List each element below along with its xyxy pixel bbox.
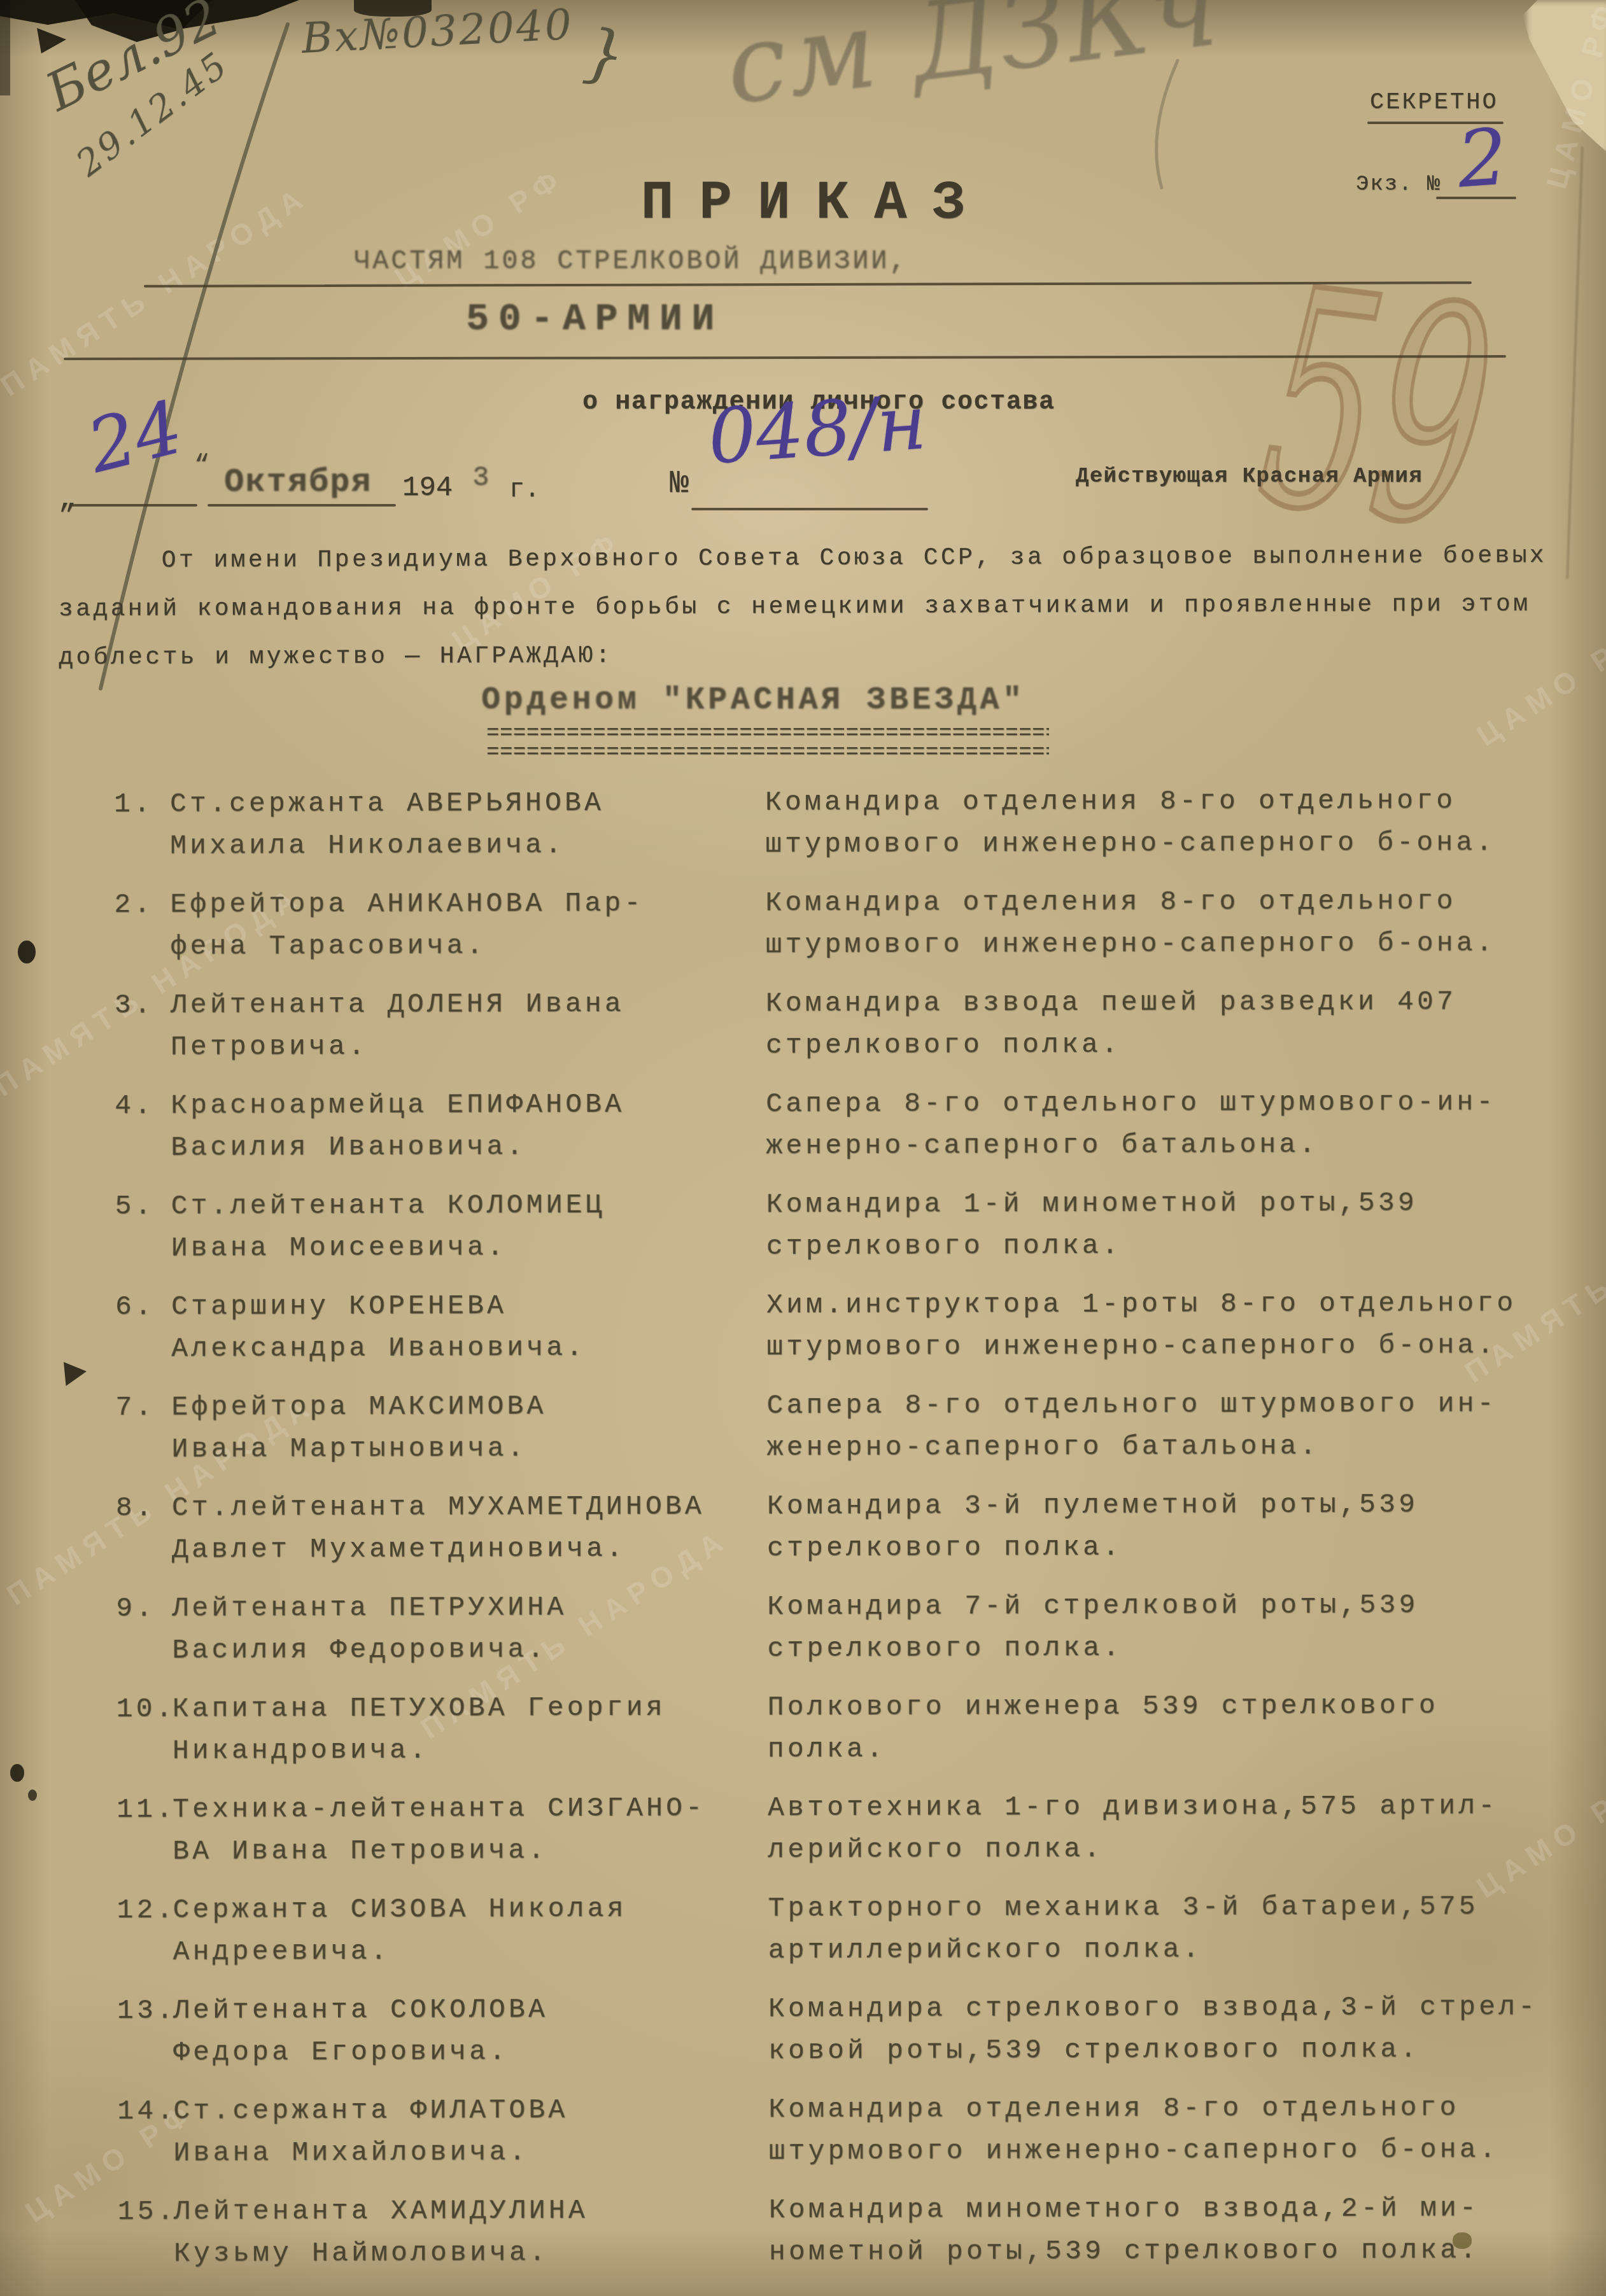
recipient-name: Ст.лейтенанта МУХАМЕТДИНОВА Давлет Мухам… bbox=[172, 1485, 767, 1571]
recipient-position-line1: Командира минометного взвода,2-й ми- bbox=[769, 2187, 1550, 2231]
ink-blot bbox=[64, 1359, 87, 1386]
recipient-number: 7. bbox=[115, 1387, 171, 1471]
handwritten-order-number: 048/н bbox=[705, 378, 929, 481]
ink-speck bbox=[10, 1764, 24, 1782]
recipient-position-line1: Командира взвода пешей разведки 407 bbox=[766, 981, 1547, 1025]
recipient-name-line1: Лейтенанта СОКОЛОВА bbox=[173, 1988, 768, 2031]
date-year-suffix: г. bbox=[509, 476, 540, 505]
date-year: 194 bbox=[402, 472, 453, 504]
recipient-position-line1: Сапера 8-го отдельного штурмового ин- bbox=[766, 1383, 1547, 1427]
recipient-name-line2: Кузьму Наймоловича. bbox=[174, 2231, 769, 2274]
award-list-row: 1. Ст.сержанта АВЕРЬЯНОВА Михаила Никола… bbox=[114, 780, 1546, 867]
recipient-name: Ст.сержанта АВЕРЬЯНОВА Михаила Николаеви… bbox=[170, 781, 765, 867]
award-list-row: 7. Ефрейтора МАКСИМОВА Ивана Мартыновича… bbox=[115, 1383, 1547, 1471]
order-number-label: № bbox=[670, 466, 689, 502]
award-list-row: 2. Ефрейтора АНИКАНОВА Пар- фена Тарасов… bbox=[114, 880, 1546, 968]
preamble: От имени Президиума Верховного Совета Со… bbox=[59, 532, 1561, 682]
recipient-name: Ст.лейтенанта КОЛОМИЕЦ Ивана Моисеевича. bbox=[171, 1184, 766, 1269]
recipient-position-line2: стрелкового полка. bbox=[766, 1023, 1547, 1067]
recipient-name-line1: Сержанта СИЗОВА Николая bbox=[173, 1887, 768, 1931]
recipient-name-line1: Ст.сержанта ФИЛАТОВА bbox=[173, 2089, 768, 2132]
recipient-name: Ефрейтора МАКСИМОВА Ивана Мартыновича. bbox=[171, 1385, 766, 1470]
recipient-position: Тракторного механика 3-й батареи,575 арт… bbox=[768, 1886, 1549, 1971]
recipient-name-line1: Красноармейца ЕПИФАНОВА bbox=[171, 1083, 766, 1126]
handwritten-brace: } bbox=[579, 14, 630, 94]
recipient-position: Командира взвода пешей разведки 407 стре… bbox=[766, 981, 1547, 1067]
recipient-name-line1: Ст.лейтенанта КОЛОМИЕЦ bbox=[171, 1184, 766, 1227]
award-recipients-list: 1. Ст.сержанта АВЕРЬЯНОВА Михаила Никола… bbox=[114, 780, 1550, 2292]
preamble-line: доблесть и мужество — НАГРАЖДАЮ: bbox=[59, 629, 1561, 682]
torn-edge-left bbox=[0, 0, 10, 95]
recipient-number: 12. bbox=[116, 1889, 173, 1973]
award-list-row: 13. Лейтенанта СОКОЛОВА Федора Егоровича… bbox=[117, 1986, 1549, 2074]
recipient-name-line2: Ивана Мартыновича. bbox=[172, 1427, 767, 1470]
recipient-name-line2: Василия Федоровича. bbox=[172, 1628, 767, 1671]
recipient-position-line2: штурмового инженерно-саперного б-она. bbox=[766, 1324, 1547, 1368]
recipient-position-line2: женерно-саперного батальона. bbox=[767, 1425, 1548, 1469]
recipient-name-line1: Старшину КОРЕНЕВА bbox=[171, 1284, 766, 1327]
recipient-name: Ефрейтора АНИКАНОВА Пар- фена Тарасовича… bbox=[170, 882, 765, 967]
handwritten-day: 24 bbox=[80, 385, 190, 490]
award-list-row: 14. Ст.сержанта ФИЛАТОВА Ивана Михайлови… bbox=[117, 2087, 1549, 2174]
underline-row: ========================================… bbox=[486, 743, 1049, 762]
recipient-position-line2: лерийского полка. bbox=[768, 1827, 1549, 1871]
recipient-number: 15. bbox=[118, 2191, 174, 2275]
date-open-quote: „ bbox=[59, 482, 76, 515]
recipient-name-line2: Давлет Мухаметдиновича. bbox=[172, 1527, 767, 1571]
recipient-name-line1: Ефрейтора АНИКАНОВА Пар- bbox=[170, 882, 765, 925]
recipient-position-line1: Автотехника 1-го дивизиона,575 артил- bbox=[768, 1785, 1549, 1829]
recipient-position-line1: Командира отделения 8-го отдельного bbox=[765, 780, 1546, 823]
recipient-position-line1: Сапера 8-го отдельного штурмового-ин- bbox=[766, 1081, 1547, 1125]
recipient-name-line1: Капитана ПЕТУХОВА Георгия bbox=[173, 1686, 768, 1730]
recipient-position: Полкового инженера 539 стрелкового полка… bbox=[768, 1684, 1549, 1770]
recipient-number: 11. bbox=[116, 1789, 173, 1873]
paper-hole bbox=[18, 941, 36, 963]
scanned-document-page: ЦАМО РФ ПАМЯТЬ НАРОДА ЦАМО РФ ПАМЯТЬ НАР… bbox=[0, 0, 1606, 2296]
divider-line bbox=[144, 281, 1472, 287]
award-list-row: 11. Техника-лейтенанта СИЗГАНО- ВА Ивана… bbox=[116, 1785, 1549, 1873]
recipient-name: Капитана ПЕТУХОВА Георгия Никандровича. bbox=[173, 1686, 768, 1772]
recipient-name: Сержанта СИЗОВА Николая Андреевича. bbox=[173, 1887, 768, 1973]
recipient-position: Командира стрелкового взвода,3-й стрел- … bbox=[768, 1986, 1549, 2072]
recipient-name-line2: Василия Ивановича. bbox=[171, 1125, 766, 1168]
recipient-name-line2: Петровича. bbox=[171, 1025, 766, 1068]
recipient-position-line2: женерно-саперного батальона. bbox=[766, 1123, 1547, 1167]
recipient-position-line2: полка. bbox=[768, 1726, 1549, 1770]
recipient-number: 13. bbox=[117, 1990, 173, 2074]
date-underline bbox=[71, 504, 197, 507]
recipient-position-line2: штурмового инженерно-саперного б-она. bbox=[765, 822, 1546, 865]
recipient-position: Хим.инструктора 1-роты 8-го отдельного ш… bbox=[766, 1282, 1547, 1368]
recipient-position-line2: стрелкового полка. bbox=[767, 1626, 1548, 1670]
award-list-row: 6. Старшину КОРЕНЕВА Александра Иванович… bbox=[115, 1282, 1547, 1370]
recipient-position: Сапера 8-го отдельного штурмового ин- же… bbox=[766, 1383, 1547, 1469]
recipient-position-line1: Хим.инструктора 1-роты 8-го отдельного bbox=[766, 1282, 1547, 1326]
recipient-name-line2: Ивана Моисеевича. bbox=[171, 1226, 766, 1269]
recipient-name-line2: Никандровича. bbox=[173, 1728, 768, 1772]
recipient-position-line2: стрелкового полка. bbox=[766, 1224, 1547, 1268]
date-underline bbox=[208, 504, 396, 507]
recipient-name-line1: Лейтенанта ДОЛЕНЯ Ивана bbox=[171, 983, 766, 1026]
recipient-position: Сапера 8-го отдельного штурмового-ин- же… bbox=[766, 1081, 1547, 1167]
recipient-position: Командира 1-й минометной роты,539 стрелк… bbox=[766, 1182, 1547, 1268]
recipient-position-line1: Командира стрелкового взвода,3-й стрел- bbox=[768, 1986, 1549, 2030]
recipient-name-line1: Лейтенанта ХАМИДУЛИНА bbox=[174, 2189, 769, 2232]
recipient-name-line1: Лейтенанта ПЕТРУХИНА bbox=[172, 1586, 767, 1629]
recipient-name-line2: Андреевича. bbox=[173, 1929, 768, 1973]
recipient-name: Лейтенанта ДОЛЕНЯ Ивана Петровича. bbox=[171, 983, 766, 1068]
recipient-number: 8. bbox=[116, 1487, 172, 1571]
recipient-position-line1: Тракторного механика 3-й батареи,575 bbox=[768, 1886, 1549, 1929]
ink-speck bbox=[28, 1789, 37, 1801]
recipient-number: 9. bbox=[116, 1588, 172, 1672]
recipient-name-line2: фена Тарасовича. bbox=[170, 924, 765, 967]
recipient-number: 2. bbox=[114, 884, 170, 968]
recipient-position: Командира отделения 8-го отдельного штур… bbox=[765, 780, 1546, 865]
recipient-number: 3. bbox=[115, 984, 171, 1068]
recipient-name-line1: Ст.лейтенанта МУХАМЕТДИНОВА bbox=[172, 1485, 767, 1529]
award-list-row: 15. Лейтенанта ХАМИДУЛИНА Кузьму Наймоло… bbox=[118, 2187, 1550, 2275]
recipient-number: 4. bbox=[115, 1085, 171, 1169]
active-army-note: Действующая Красная Армия bbox=[1076, 465, 1423, 489]
recipient-position-line1: Командира 3-й пулеметной роты,539 bbox=[767, 1483, 1548, 1527]
recipient-name-line2: Ивана Михайловича. bbox=[173, 2131, 768, 2174]
recipient-position-line1: Командира 7-й стрелковой роты,539 bbox=[767, 1584, 1548, 1628]
recipient-position-line2: нометной роты,539 стрелкового полка. bbox=[769, 2229, 1550, 2273]
recipient-position: Командира 7-й стрелковой роты,539 стрелк… bbox=[767, 1584, 1548, 1670]
recipient-name: Лейтенанта СОКОЛОВА Федора Егоровича. bbox=[173, 1988, 768, 2073]
date-month: Октября bbox=[224, 463, 372, 501]
preamble-line: От имени Президиума Верховного Совета Со… bbox=[59, 532, 1561, 585]
recipient-position-line1: Командира 1-й минометной роты,539 bbox=[766, 1182, 1547, 1226]
recipient-number: 1. bbox=[114, 783, 170, 867]
army-line: 50-АРМИИ bbox=[466, 298, 724, 341]
handwritten-incoming-number: Вх№032040 bbox=[300, 0, 575, 63]
recipient-position: Командира отделения 8-го отдельного штур… bbox=[768, 2087, 1549, 2173]
award-list-row: 12. Сержанта СИЗОВА Николая Андреевича. … bbox=[116, 1886, 1549, 1973]
award-list-row: 10. Капитана ПЕТУХОВА Георгия Никандрови… bbox=[116, 1684, 1549, 1772]
award-list-row: 5. Ст.лейтенанта КОЛОМИЕЦ Ивана Моисееви… bbox=[115, 1182, 1547, 1270]
date-year-digit: 3 bbox=[472, 462, 489, 494]
recipient-name-line1: Техника-лейтенанта СИЗГАНО- bbox=[173, 1787, 768, 1830]
award-heading-underline: ========================================… bbox=[486, 724, 1049, 769]
recipient-position: Командира 3-й пулеметной роты,539 стрелк… bbox=[767, 1483, 1548, 1569]
recipient-name: Старшину КОРЕНЕВА Александра Ивановича. bbox=[171, 1284, 766, 1369]
recipient-name-line2: ВА Ивана Петровича. bbox=[173, 1829, 768, 1872]
award-heading: Орденом "КРАСНАЯ ЗВЕЗДА" bbox=[481, 682, 1025, 718]
document-title: ПРИКАЗ bbox=[0, 172, 1606, 234]
recipient-name-line2: Михаила Николаевича. bbox=[170, 823, 765, 867]
award-list-row: 4. Красноармейца ЕПИФАНОВА Василия Ивано… bbox=[115, 1081, 1547, 1169]
recipient-position-line2: стрелкового полка. bbox=[767, 1525, 1548, 1569]
recipient-position: Автотехника 1-го дивизиона,575 артил- ле… bbox=[768, 1785, 1549, 1871]
award-list-row: 8. Ст.лейтенанта МУХАМЕТДИНОВА Давлет Му… bbox=[116, 1483, 1548, 1571]
recipient-position-line2: штурмового инженерно-саперного б-она. bbox=[768, 2129, 1549, 2173]
recipient-name: Красноармейца ЕПИФАНОВА Василия Иванович… bbox=[171, 1083, 766, 1168]
recipient-number: 14. bbox=[117, 2090, 173, 2174]
order-number-underline bbox=[691, 508, 928, 510]
recipient-position-line1: Командира отделения 8-го отдельного bbox=[765, 880, 1546, 924]
award-list-row: 9. Лейтенанта ПЕТРУХИНА Василия Федорови… bbox=[116, 1584, 1548, 1672]
recipient-position-line2: штурмового инженерно-саперного б-она. bbox=[765, 922, 1546, 966]
recipient-name: Лейтенанта ХАМИДУЛИНА Кузьму Наймоловича… bbox=[174, 2189, 769, 2274]
torn-corner-top-right bbox=[1523, 0, 1606, 151]
recipient-position: Командира отделения 8-го отдельного штур… bbox=[765, 880, 1546, 966]
recipient-name: Лейтенанта ПЕТРУХИНА Василия Федоровича. bbox=[172, 1586, 767, 1671]
recipient-number: 6. bbox=[115, 1286, 171, 1370]
award-list-row: 3. Лейтенанта ДОЛЕНЯ Ивана Петровича. Ко… bbox=[115, 981, 1547, 1068]
recipient-number: 5. bbox=[115, 1186, 171, 1270]
handwritten-page-number: 59 bbox=[1250, 248, 1505, 572]
addressee-line: ЧАСТЯМ 108 СТРЕЛКОВОЙ ДИВИЗИИ, bbox=[354, 246, 908, 276]
recipient-position-line1: Полкового инженера 539 стрелкового bbox=[768, 1684, 1549, 1728]
handwritten-scrawl: см ДЗКч bbox=[719, 0, 1225, 129]
recipient-name-line2: Александра Ивановича. bbox=[171, 1326, 766, 1369]
classification-stamp: СЕКРЕТНО bbox=[1370, 89, 1498, 116]
recipient-name-line1: Ефрейтора МАКСИМОВА bbox=[171, 1385, 766, 1428]
recipient-name-line1: Ст.сержанта АВЕРЬЯНОВА bbox=[170, 781, 765, 825]
recipient-name-line2: Федора Егоровича. bbox=[173, 2030, 768, 2073]
recipient-position: Командира минометного взвода,2-й ми- ном… bbox=[769, 2187, 1550, 2273]
recipient-name: Ст.сержанта ФИЛАТОВА Ивана Михайловича. bbox=[173, 2089, 768, 2174]
recipient-position-line2: ковой роты,539 стрелкового полка. bbox=[768, 2028, 1549, 2072]
recipient-position-line1: Командира отделения 8-го отдельного bbox=[768, 2087, 1549, 2131]
date-close-quote: “ bbox=[194, 452, 209, 480]
preamble-line: заданий командования на фронте борьбы с … bbox=[59, 580, 1561, 634]
paper-hole bbox=[37, 28, 66, 53]
recipient-number: 10. bbox=[116, 1688, 173, 1772]
recipient-position-line2: артиллерийского полка. bbox=[768, 1928, 1549, 1971]
recipient-name: Техника-лейтенанта СИЗГАНО- ВА Ивана Пет… bbox=[173, 1787, 768, 1872]
